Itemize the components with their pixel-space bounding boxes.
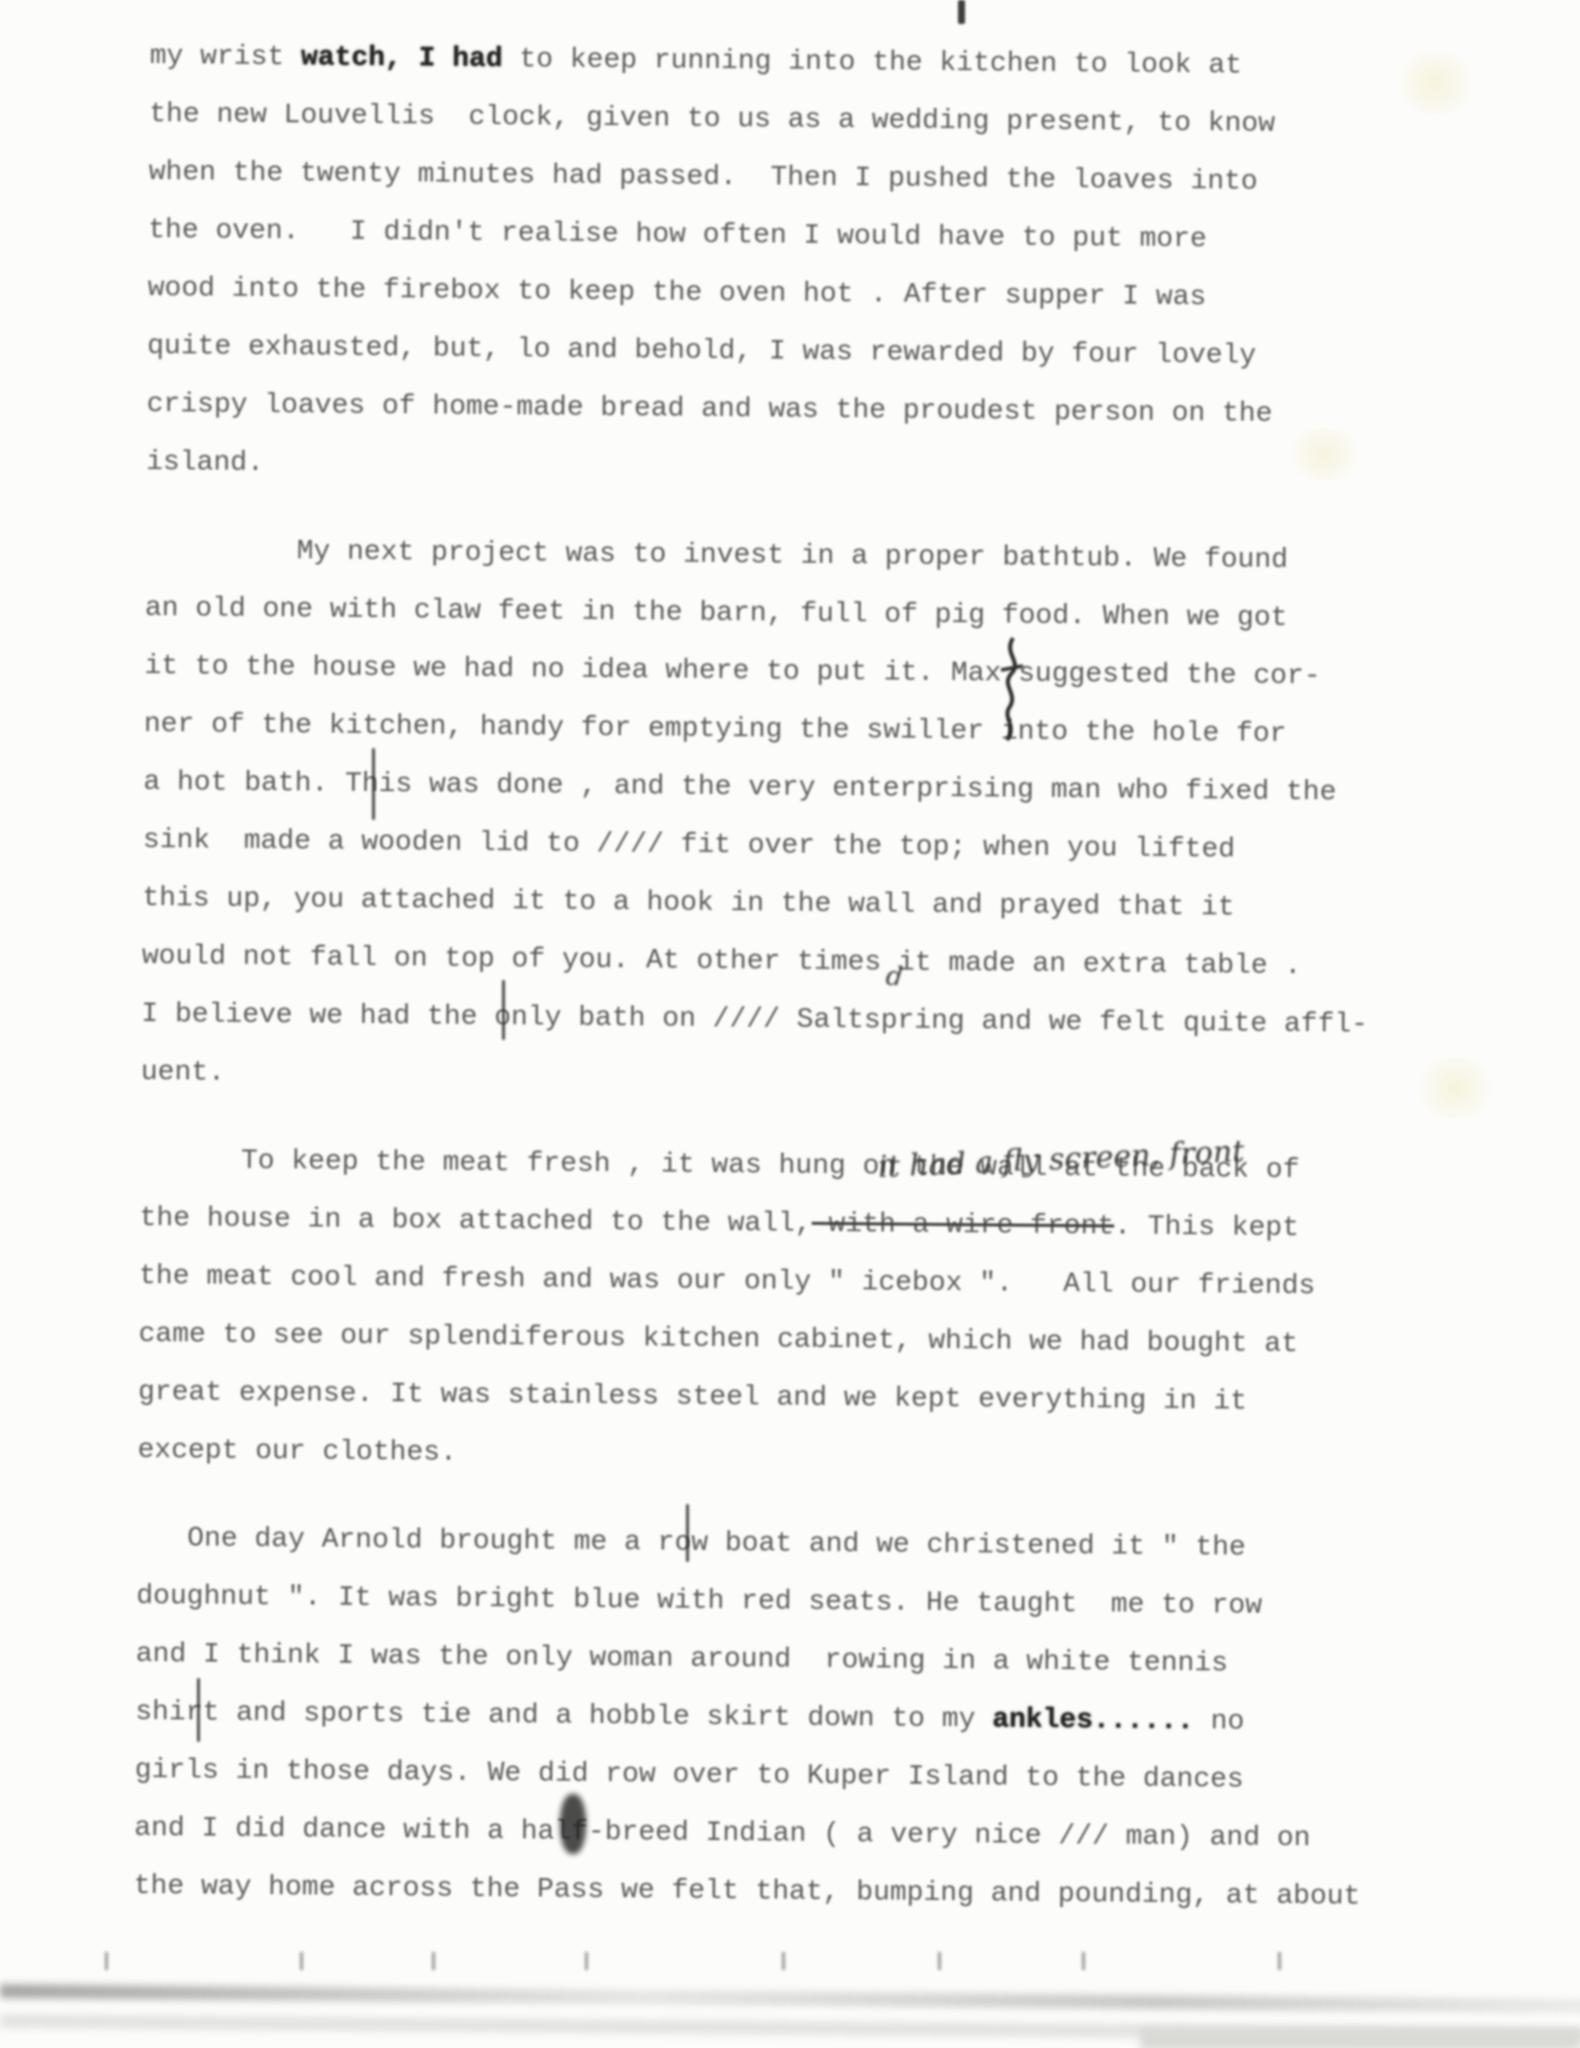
typed-text: to keep running into the kitchen to look… xyxy=(502,44,1242,81)
struck-through-text: with a wire front xyxy=(812,1209,1115,1243)
paragraph-meat-icebox: To keep the meat fresh , it was hung on … xyxy=(137,1132,1540,1492)
scan-artifact-tick xyxy=(105,1952,108,1970)
typed-text: . This kept xyxy=(1114,1211,1299,1244)
typed-text: my wrist xyxy=(150,41,301,73)
typed-lines: the meat cool and fresh and was our only… xyxy=(137,1248,1539,1492)
page-corner-shade xyxy=(1140,2028,1580,2048)
typed-line: uent. xyxy=(141,1044,1541,1114)
typed-line: crispy loaves of home-made bread and was… xyxy=(146,376,1546,446)
typed-text: shirt and sports tie and a hobble skirt … xyxy=(135,1697,992,1735)
typed-lines: My next project was to invest in a prope… xyxy=(141,522,1546,1114)
scan-artifact-tick xyxy=(938,1952,941,1970)
pen-stroke xyxy=(372,748,375,820)
paragraph-rowboat: One day Arnold brought me a row boat and… xyxy=(134,1510,1537,1928)
scan-artifact-tick xyxy=(782,1952,785,1970)
scan-artifact-tick xyxy=(432,1952,435,1970)
handwritten-superscript: d xyxy=(884,961,904,993)
pen-stroke xyxy=(686,1504,689,1562)
overtyped-text: ankles...... xyxy=(992,1704,1194,1737)
typed-line: except our clothes. xyxy=(137,1422,1537,1492)
scanned-document-page: my wrist watch, I had to keep running in… xyxy=(0,0,1580,2048)
scan-artifact-tick xyxy=(585,1952,588,1970)
scan-artifact-tick xyxy=(300,1952,303,1970)
paragraph-baking-bread: my wrist watch, I had to keep running in… xyxy=(146,28,1550,504)
scan-artifact-tick xyxy=(1278,1952,1281,1970)
typed-lines: the new Louvellis clock, given to us as … xyxy=(146,86,1549,504)
typed-lines: One day Arnold brought me a row boat and… xyxy=(136,1510,1537,1696)
scan-bottom-shadow xyxy=(0,1984,1580,2013)
typed-lines: girls in those days. We did row over to … xyxy=(134,1742,1535,1928)
paragraph-bathtub: My next project was to invest in a prope… xyxy=(141,522,1546,1114)
pen-stroke xyxy=(502,980,505,1040)
typed-line: island. xyxy=(146,434,1546,504)
overtyped-text: watch, I had xyxy=(301,42,503,75)
scanner-edge-mark xyxy=(958,0,965,24)
scan-artifact-tick xyxy=(1082,1952,1085,1970)
typed-line: I believe we had the only bath on //// S… xyxy=(141,986,1541,1056)
typed-text: the house in a box attached to the wall, xyxy=(139,1203,811,1240)
typed-text: no xyxy=(1194,1706,1245,1737)
handwritten-insertion-squiggle xyxy=(993,634,1033,744)
pen-stroke xyxy=(197,1678,200,1742)
typed-line: the way home across the Pass we felt tha… xyxy=(134,1858,1534,1928)
typewritten-text-block: my wrist watch, I had to keep running in… xyxy=(133,28,1550,1958)
ink-blotch xyxy=(560,1794,586,1854)
